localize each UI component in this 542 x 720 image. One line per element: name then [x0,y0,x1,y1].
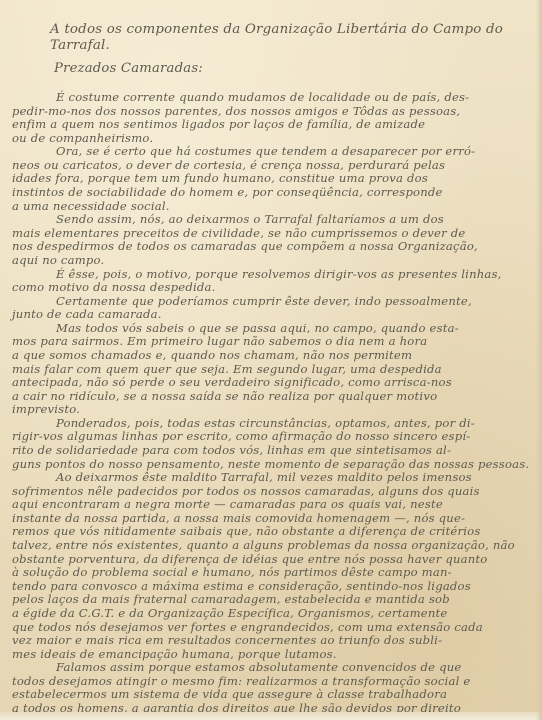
address-line-1: A todos os componentes da Organização Li… [50,22,503,38]
salutation: Prezados Camaradas: [54,61,203,77]
address-line-2: Tarrafal. [50,38,110,54]
handwritten-letter-page: A todos os componentes da Organização Li… [0,0,542,720]
paper-bottom-edge [0,712,542,720]
